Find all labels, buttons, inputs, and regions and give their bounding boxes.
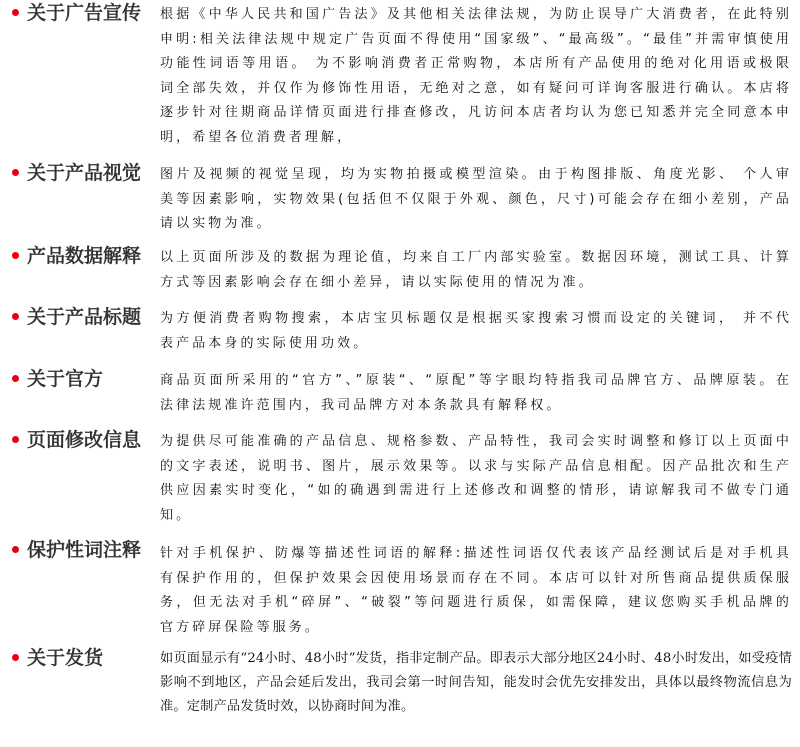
bullet-icon (12, 546, 19, 553)
bullet-icon (12, 654, 19, 661)
section-heading: 关于发货 (27, 647, 103, 669)
bullet-icon (12, 313, 19, 320)
section-heading: 页面修改信息 (27, 429, 141, 451)
section-heading: 产品数据解释 (27, 245, 141, 267)
bullet-icon (12, 9, 19, 16)
section-heading: 关于产品标题 (27, 306, 141, 328)
bullet-icon (12, 169, 19, 176)
section-heading: 关于广告宣传 (27, 2, 141, 24)
section-heading: 保护性词注释 (27, 539, 141, 561)
section-body: 图片及视频的视觉呈现，均为实物拍摄或模型渲染。由于构图排版、角度光影、 个人审美… (160, 163, 792, 237)
section-body: 商品页面所采用的“官方”、”原装“、“原配”等字眼均特指我司品牌官方、品牌原装。… (160, 369, 792, 418)
section-body: 为方便消费者购物搜索，本店宝贝标题仅是根据买家搜索习惯而设定的关键词， 并不代表… (160, 307, 792, 356)
section-body: 如页面显示有“24小时、48小时”发货，指非定制产品。即表示大部分地区24小时、… (160, 647, 792, 719)
bullet-icon (12, 436, 19, 443)
section-body: 根据《中华人民共和国广告法》及其他相关法律法规，为防止误导广大消费者，在此特别申… (160, 3, 792, 150)
bullet-icon (12, 252, 19, 259)
bullet-icon (12, 375, 19, 382)
section-heading: 关于产品视觉 (27, 162, 141, 184)
section-body: 以上页面所涉及的数据为理论值，均来自工厂内部实验室。数据因环境，测试工具、计算方… (160, 246, 792, 295)
section-body: 针对手机保护、防爆等描述性词语的解释:描述性词语仅代表该产品经测试后是对手机具有… (160, 542, 792, 640)
section-heading: 关于官方 (27, 368, 103, 390)
section-body: 为提供尽可能准确的产品信息、规格参数、产品特性，我司会实时调整和修订以上页面中的… (160, 430, 792, 528)
